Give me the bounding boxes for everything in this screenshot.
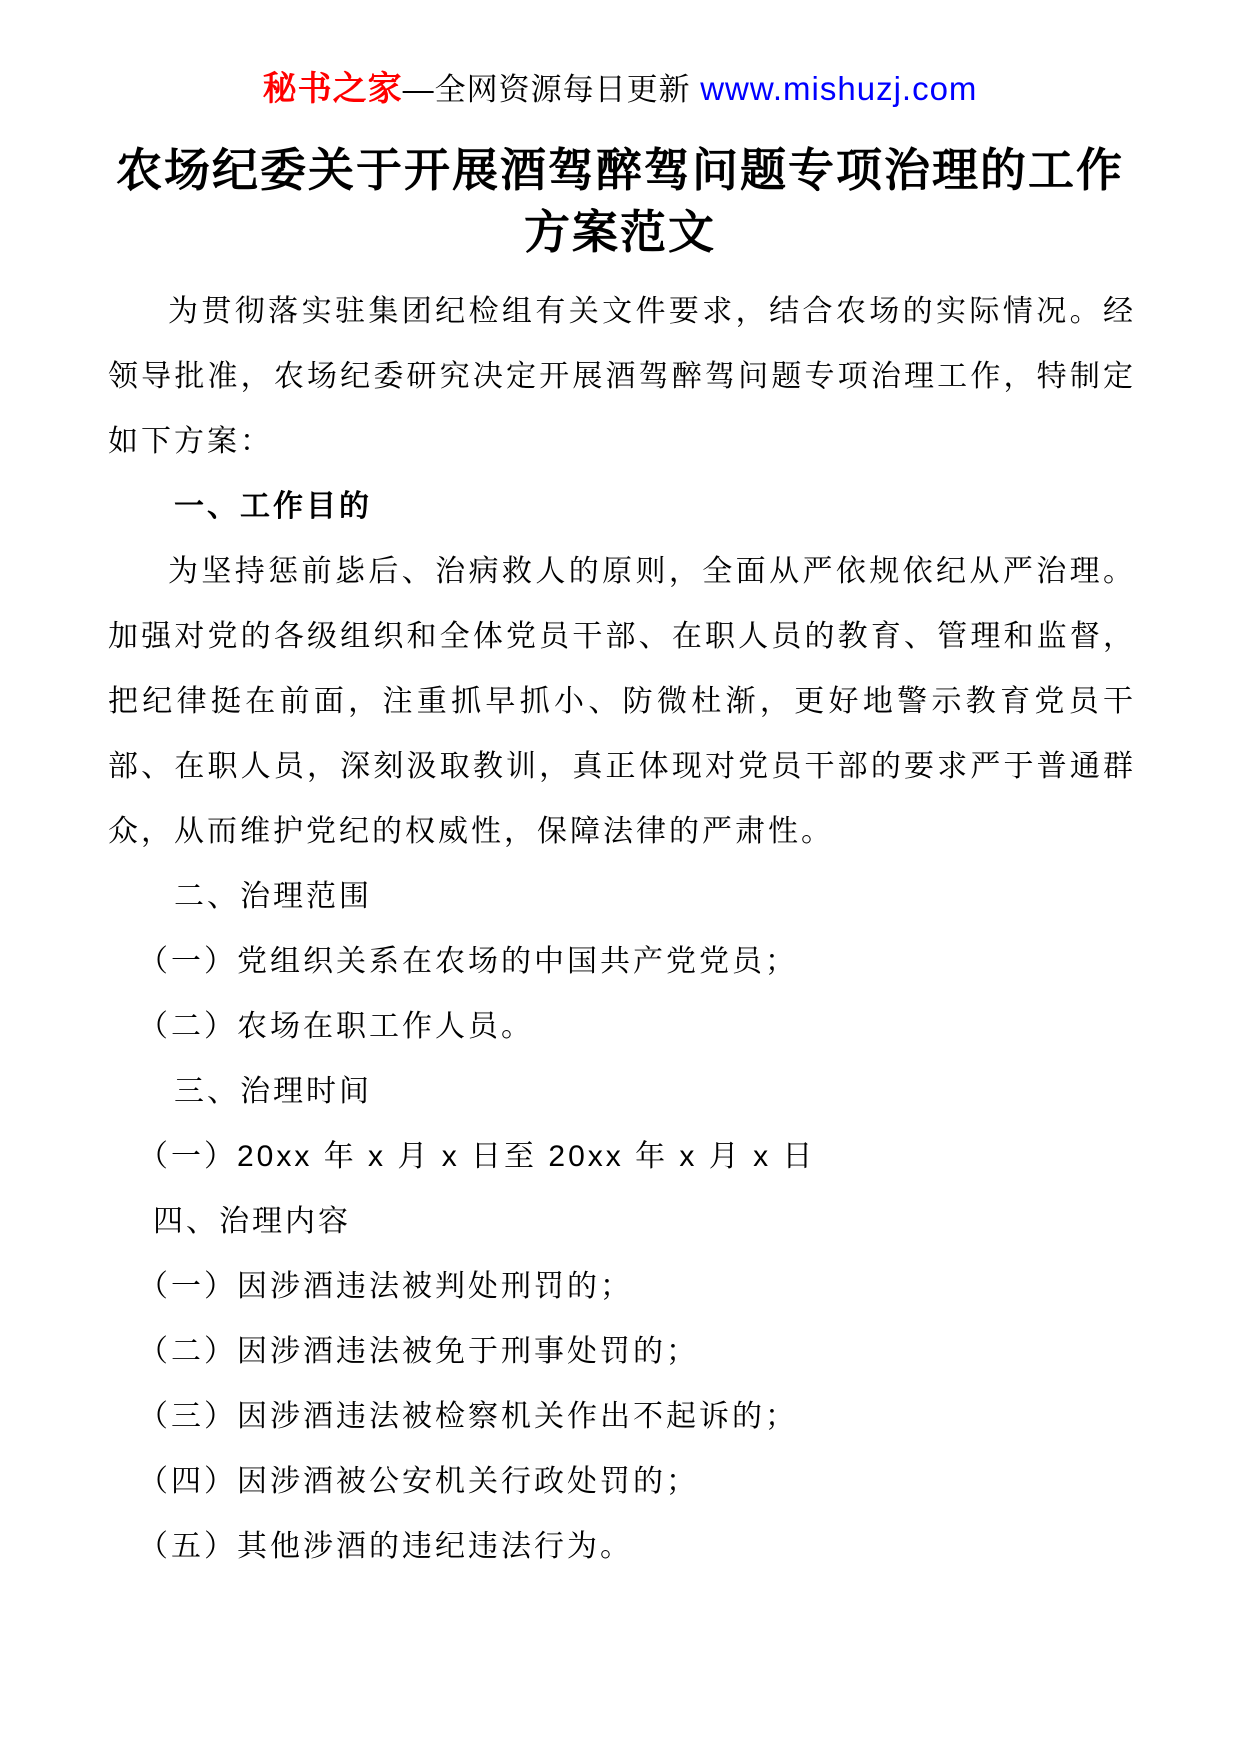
time-item-1: （一）20xx 年 x 月 x 日至 20xx 年 x 月 x 日	[108, 1124, 1136, 1189]
content-item-4: （四）因涉酒被公安机关行政处罚的；	[108, 1449, 1136, 1514]
paragraph-intro: 为贯彻落实驻集团纪检组有关文件要求，结合农场的实际情况。经领导批准，农场纪委研究…	[108, 279, 1136, 474]
paragraph-work-purpose: 为坚持惩前毖后、治病救人的原则，全面从严依规依纪从严治理。加强对党的各级组织和全…	[108, 539, 1136, 864]
content-item-3: （三）因涉酒违法被检察机关作出不起诉的；	[108, 1384, 1136, 1449]
heading-4-content: 四、治理内容	[108, 1189, 1136, 1254]
content-item-1: （一）因涉酒违法被判处刑罚的；	[108, 1254, 1136, 1319]
content-item-5: （五）其他涉酒的违纪违法行为。	[108, 1514, 1136, 1579]
content-item-2: （二）因涉酒违法被免于刑事处罚的；	[108, 1319, 1136, 1384]
heading-3-time: 三、治理时间	[108, 1059, 1136, 1124]
heading-2-scope: 二、治理范围	[108, 864, 1136, 929]
scope-item-1: （一）党组织关系在农场的中国共产党党员；	[108, 929, 1136, 994]
site-url-link[interactable]: www.mishuzj.com	[700, 70, 977, 107]
document-title: 农场纪委关于开展酒驾醉驾问题专项治理的工作方案范文	[104, 139, 1136, 263]
heading-1-work-purpose: 一、工作目的	[108, 474, 1136, 539]
document-page: 秘书之家—全网资源每日更新 www.mishuzj.com 农场纪委关于开展酒驾…	[0, 0, 1240, 1754]
header-dash: —	[403, 72, 435, 107]
scope-item-2: （二）农场在职工作人员。	[108, 994, 1136, 1059]
site-header: 秘书之家—全网资源每日更新 www.mishuzj.com	[0, 0, 1240, 113]
document-body: 为贯彻落实驻集团纪检组有关文件要求，结合农场的实际情况。经领导批准，农场纪委研究…	[108, 279, 1136, 1579]
header-tagline: 全网资源每日更新	[435, 72, 701, 107]
brand-name: 秘书之家	[263, 70, 403, 108]
